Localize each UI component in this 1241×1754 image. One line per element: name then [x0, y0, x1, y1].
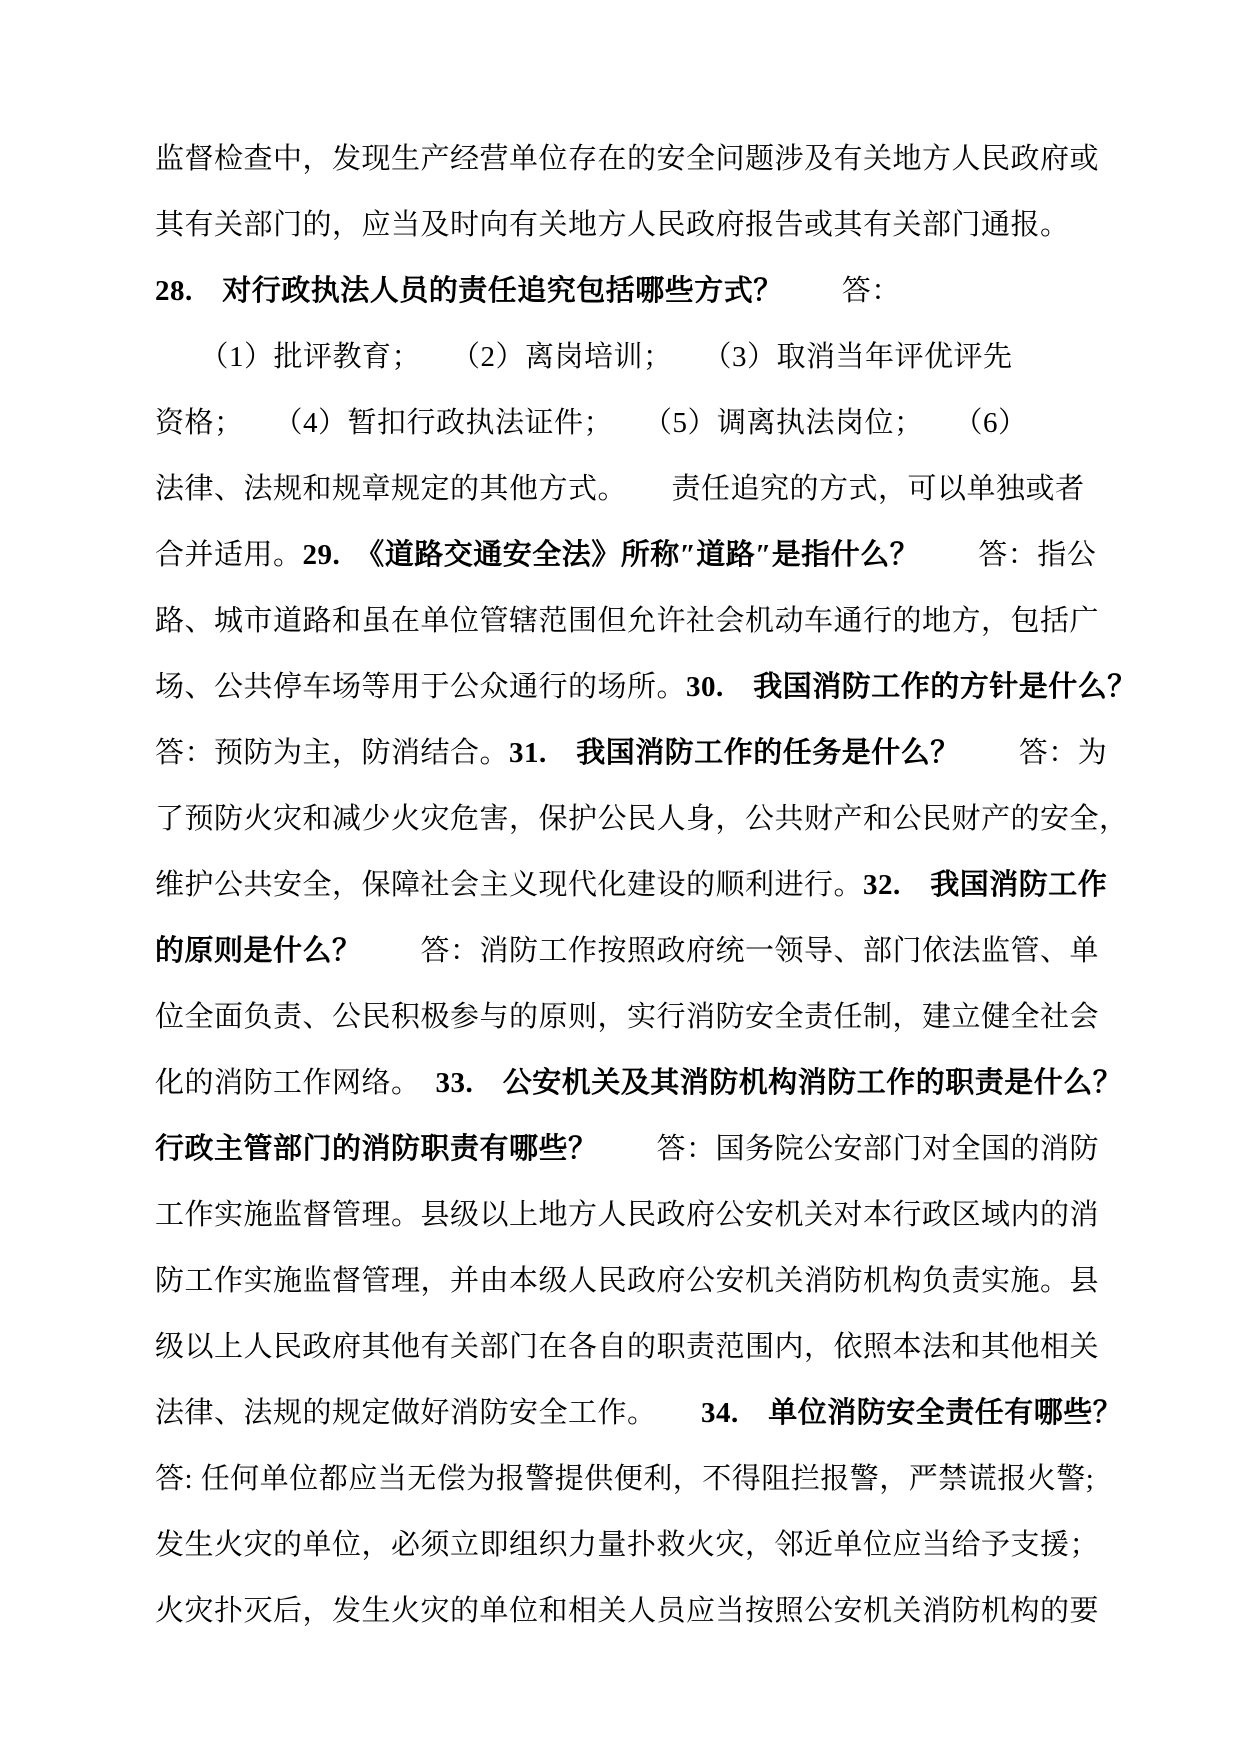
body-text: 防工作实施监督管理，并由本级人民政府公安机关消防机构负责实施。县 — [155, 1265, 1099, 1297]
text-line-15: 化的消防工作网络。 33. 公安机关及其消防机构消防工作的职责是什么？ — [155, 1050, 1115, 1116]
text-line-3: 28. 对行政执法人员的责任追究包括哪些方式？ 答： — [155, 258, 1115, 324]
body-text: 了预防火灾和减少火灾危害，保护公民人身，公共财产和公民财产的安全， — [155, 803, 1129, 835]
text-line-17: 工作实施监督管理。县级以上地方人民政府公安机关对本行政区域内的消 — [155, 1182, 1115, 1248]
body-text: 工作实施监督管理。县级以上地方人民政府公安机关对本行政区域内的消 — [155, 1199, 1099, 1231]
body-text: 资格； （4）暂扣行政执法证件； （5）调离执法岗位； （6） — [155, 407, 1028, 439]
text-line-21: 答: 任何单位都应当无偿为报警提供便利，不得阻拦报警，严禁谎报火警; — [155, 1446, 1115, 1512]
body-text: 维护公共安全，保障社会主义现代化建设的顺利进行。 — [155, 869, 863, 901]
body-text: 其有关部门的，应当及时向有关地方人民政府报告或其有关部门通报。 — [155, 209, 1070, 241]
body-text: 法律、法规的规定做好消防安全工作。 — [155, 1397, 701, 1429]
text-line-12: 维护公共安全，保障社会主义现代化建设的顺利进行。32. 我国消防工作 — [155, 852, 1115, 918]
body-text: 位全面负责、公民积极参与的原则，实行消防安全责任制，建立健全社会 — [155, 1001, 1099, 1033]
body-text: 场、公共停车场等用于公众通行的场所。 — [155, 671, 686, 703]
text-line-22: 发生火灾的单位，必须立即组织力量扑救火灾，邻近单位应当给予支援； — [155, 1512, 1115, 1578]
question-heading-text: 34. 单位消防安全责任有哪些？ — [701, 1397, 1122, 1429]
text-line-8: 路、城市道路和虽在单位管辖范围但允许社会机动车通行的地方，包括广 — [155, 588, 1115, 654]
question-heading-text: 32. 我国消防工作 — [863, 869, 1107, 901]
text-line-18: 防工作实施监督管理，并由本级人民政府公安机关消防机构负责实施。县 — [155, 1248, 1115, 1314]
text-line-19: 级以上人民政府其他有关部门在各自的职责范围内，依照本法和其他相关 — [155, 1314, 1115, 1380]
question-heading-text: 的原则是什么？ — [155, 935, 362, 967]
body-text: 火灾扑灭后，发生火灾的单位和相关人员应当按照公安机关消防机构的要 — [155, 1595, 1099, 1627]
body-text: 答: 任何单位都应当无偿为报警提供便利，不得阻拦报警，严禁谎报火警; — [155, 1463, 1094, 1495]
text-line-9: 场、公共停车场等用于公众通行的场所。30. 我国消防工作的方针是什么？ — [155, 654, 1115, 720]
body-text: 答：为 — [960, 737, 1108, 769]
text-line-2: 其有关部门的，应当及时向有关地方人民政府报告或其有关部门通报。 — [155, 192, 1115, 258]
body-text: 答： — [783, 275, 901, 307]
body-text: 答：消防工作按照政府统一领导、部门依法监管、单 — [362, 935, 1100, 967]
text-line-16: 行政主管部门的消防职责有哪些？ 答：国务院公安部门对全国的消防 — [155, 1116, 1115, 1182]
body-text: 合并适用。 — [155, 539, 303, 571]
body-text: 答：预防为主，防消结合。 — [155, 737, 509, 769]
question-heading-text: 31. 我国消防工作的任务是什么？ — [509, 737, 960, 769]
text-line-5: 资格； （4）暂扣行政执法证件； （5）调离执法岗位； （6） — [155, 390, 1115, 456]
text-line-23: 火灾扑灭后，发生火灾的单位和相关人员应当按照公安机关消防机构的要 — [155, 1578, 1115, 1644]
text-line-14: 位全面负责、公民积极参与的原则，实行消防安全责任制，建立健全社会 — [155, 984, 1115, 1050]
body-text: 法律、法规和规章规定的其他方式。 责任追究的方式，可以单独或者 — [155, 473, 1085, 505]
body-text: （1）批评教育； （2）离岗培训； （3）取消当年评优评先 — [155, 341, 1013, 373]
body-text: 答：国务院公安部门对全国的消防 — [598, 1133, 1100, 1165]
text-line-20: 法律、法规的规定做好消防安全工作。 34. 单位消防安全责任有哪些？ — [155, 1380, 1115, 1446]
question-heading-text: 29. 《道路交通安全法》所称″道路″是指什么？ — [303, 539, 920, 571]
body-text: 级以上人民政府其他有关部门在各自的职责范围内，依照本法和其他相关 — [155, 1331, 1099, 1363]
text-line-10: 答：预防为主，防消结合。31. 我国消防工作的任务是什么？ 答：为 — [155, 720, 1115, 786]
question-heading-text: 28. 对行政执法人员的责任追究包括哪些方式？ — [155, 275, 783, 307]
body-text: 监督检查中，发现生产经营单位存在的安全问题涉及有关地方人民政府或 — [155, 143, 1099, 175]
body-text: 化的消防工作网络。 — [155, 1067, 436, 1099]
question-heading-text: 33. 公安机关及其消防机构消防工作的职责是什么？ — [436, 1067, 1123, 1099]
question-heading-text: 30. 我国消防工作的方针是什么？ — [686, 671, 1137, 703]
text-line-13: 的原则是什么？ 答：消防工作按照政府统一领导、部门依法监管、单 — [155, 918, 1115, 984]
document-page: 监督检查中，发现生产经营单位存在的安全问题涉及有关地方人民政府或其有关部门的，应… — [0, 0, 1241, 1754]
text-line-7: 合并适用。29. 《道路交通安全法》所称″道路″是指什么？ 答：指公 — [155, 522, 1115, 588]
text-line-4: （1）批评教育； （2）离岗培训； （3）取消当年评优评先 — [155, 324, 1115, 390]
text-line-6: 法律、法规和规章规定的其他方式。 责任追究的方式，可以单独或者 — [155, 456, 1115, 522]
question-heading-text: 行政主管部门的消防职责有哪些？ — [155, 1133, 598, 1165]
document-body: 监督检查中，发现生产经营单位存在的安全问题涉及有关地方人民政府或其有关部门的，应… — [155, 126, 1115, 1644]
text-line-1: 监督检查中，发现生产经营单位存在的安全问题涉及有关地方人民政府或 — [155, 126, 1115, 192]
body-text: 答：指公 — [919, 539, 1096, 571]
body-text: 发生火灾的单位，必须立即组织力量扑救火灾，邻近单位应当给予支援； — [155, 1529, 1099, 1561]
text-line-11: 了预防火灾和减少火灾危害，保护公民人身，公共财产和公民财产的安全， — [155, 786, 1115, 852]
body-text: 路、城市道路和虽在单位管辖范围但允许社会机动车通行的地方，包括广 — [155, 605, 1099, 637]
